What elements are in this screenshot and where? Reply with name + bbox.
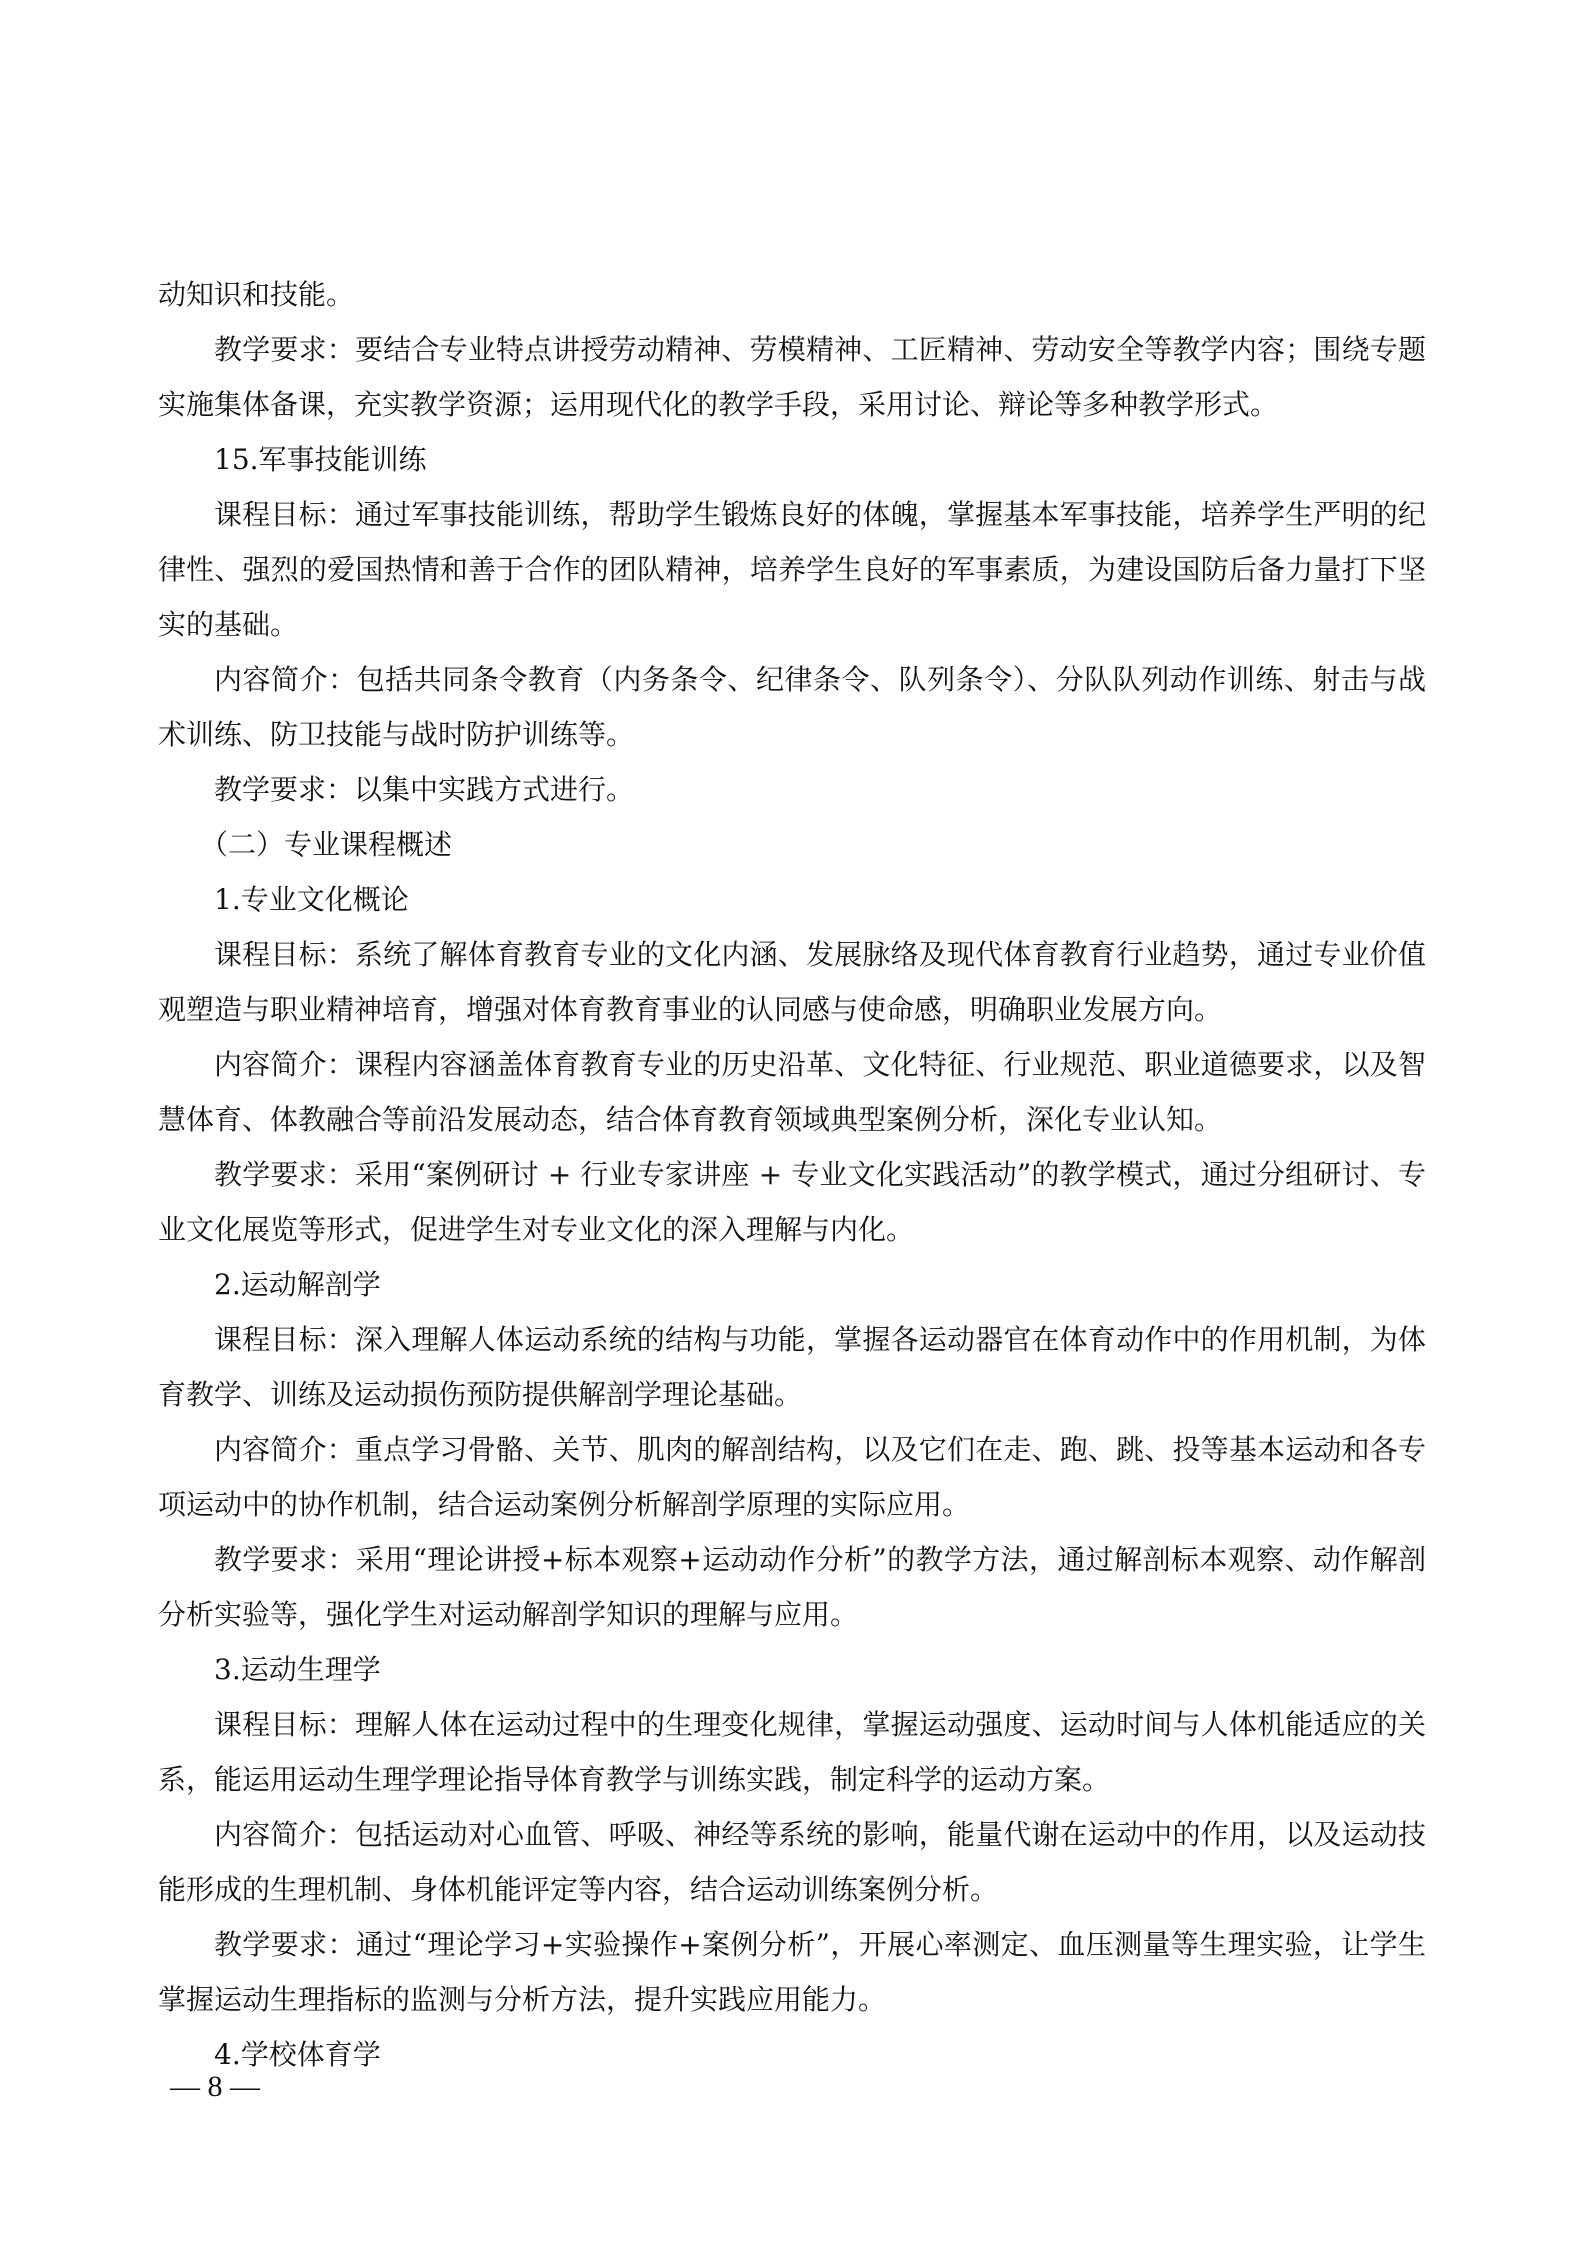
- course-objective-physiology: 课程目标：理解人体在运动过程中的生理变化规律，掌握运动强度、运动时间与人体机能适…: [158, 1697, 1426, 1807]
- teaching-requirement-military: 教学要求：以集中实践方式进行。: [158, 762, 1426, 817]
- content-intro-military: 内容简介：包括共同条令教育（内务条令、纪律条令、队列条令）、分队队列动作训练、射…: [158, 652, 1426, 762]
- teaching-requirement-culture: 教学要求：采用“案例研讨 + 行业专家讲座 + 专业文化实践活动”的教学模式，通…: [158, 1147, 1426, 1257]
- document-page: 动知识和技能。 教学要求：要结合专业特点讲授劳动精神、劳模精神、工匠精神、劳动安…: [158, 267, 1426, 2082]
- page-number: — 8 —: [170, 2070, 260, 2104]
- course-objective-anatomy: 课程目标：深入理解人体运动系统的结构与功能，掌握各运动器官在体育动作中的作用机制…: [158, 1312, 1426, 1422]
- course-heading-professional-culture: 1.专业文化概论: [158, 872, 1426, 927]
- content-intro-physiology: 内容简介：包括运动对心血管、呼吸、神经等系统的影响，能量代谢在运动中的作用，以及…: [158, 1807, 1426, 1917]
- course-heading-school-pe: 4.学校体育学: [158, 2027, 1426, 2082]
- teaching-requirement-anatomy: 教学要求：采用“理论讲授+标本观察+运动动作分析”的教学方法，通过解剖标本观察、…: [158, 1532, 1426, 1642]
- content-intro-culture: 内容简介：课程内容涵盖体育教育专业的历史沿革、文化特征、行业规范、职业道德要求，…: [158, 1037, 1426, 1147]
- course-heading-sports-anatomy: 2.运动解剖学: [158, 1257, 1426, 1312]
- section-heading-professional-courses: （二）专业课程概述: [158, 817, 1426, 872]
- course-objective-culture: 课程目标：系统了解体育教育专业的文化内涵、发展脉络及现代体育教育行业趋势，通过专…: [158, 927, 1426, 1037]
- course-objective-military: 课程目标：通过军事技能训练，帮助学生锻炼良好的体魄，掌握基本军事技能，培养学生严…: [158, 487, 1426, 652]
- teaching-requirement-physiology: 教学要求：通过“理论学习+实验操作+案例分析”，开展心率测定、血压测量等生理实验…: [158, 1917, 1426, 2027]
- course-heading-sports-physiology: 3.运动生理学: [158, 1642, 1426, 1697]
- continuation-text: 动知识和技能。: [158, 267, 1426, 322]
- teaching-requirement-labor: 教学要求：要结合专业特点讲授劳动精神、劳模精神、工匠精神、劳动安全等教学内容；围…: [158, 322, 1426, 432]
- course-heading-military-skills: 15.军事技能训练: [158, 432, 1426, 487]
- content-intro-anatomy: 内容简介：重点学习骨骼、关节、肌肉的解剖结构，以及它们在走、跑、跳、投等基本运动…: [158, 1422, 1426, 1532]
